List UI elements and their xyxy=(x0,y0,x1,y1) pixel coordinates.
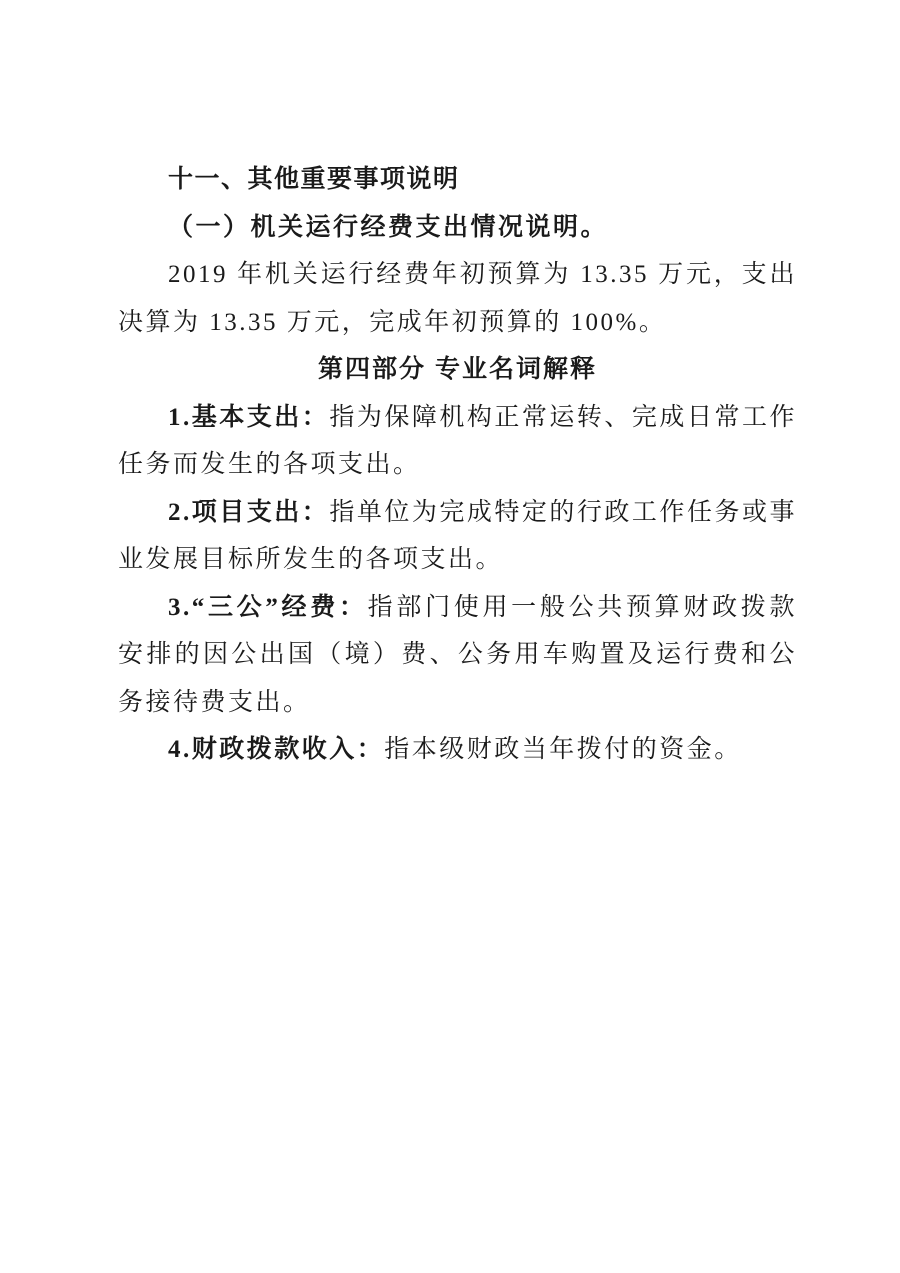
term-item-three-public-funds: 3.“三公”经费：指部门使用一般公共预算财政拨款安排的因公出国（境）费、公务用车… xyxy=(118,584,797,727)
term-lead: 3.“三公”经费： xyxy=(168,594,368,621)
term-definition: 指本级财政当年拨付的资金。 xyxy=(384,736,742,763)
term-item-basic-expenditure: 1.基本支出：指为保障机构正常运转、完成日常工作任务而发生的各项支出。 xyxy=(118,394,797,489)
term-lead: 2.项目支出： xyxy=(168,499,329,526)
section-eleven-heading: 十一、其他重要事项说明 xyxy=(118,156,797,204)
document-content: 十一、其他重要事项说明 （一）机关运行经费支出情况说明。 2019 年机关运行经… xyxy=(118,156,797,774)
term-item-fiscal-appropriation-income: 4.财政拨款收入：指本级财政当年拨付的资金。 xyxy=(118,726,797,774)
term-item-project-expenditure: 2.项目支出：指单位为完成特定的行政工作任务或事业发展目标所发生的各项支出。 xyxy=(118,489,797,584)
term-lead: 4.财政拨款收入： xyxy=(168,736,384,763)
part-four-title: 第四部分 专业名词解释 xyxy=(118,346,797,394)
term-lead: 1.基本支出： xyxy=(168,404,329,431)
document-page: 十一、其他重要事项说明 （一）机关运行经费支出情况说明。 2019 年机关运行经… xyxy=(0,0,900,1273)
operating-expense-paragraph: 2019 年机关运行经费年初预算为 13.35 万元，支出决算为 13.35 万… xyxy=(118,251,797,346)
subsection-one-heading: （一）机关运行经费支出情况说明。 xyxy=(118,204,797,252)
